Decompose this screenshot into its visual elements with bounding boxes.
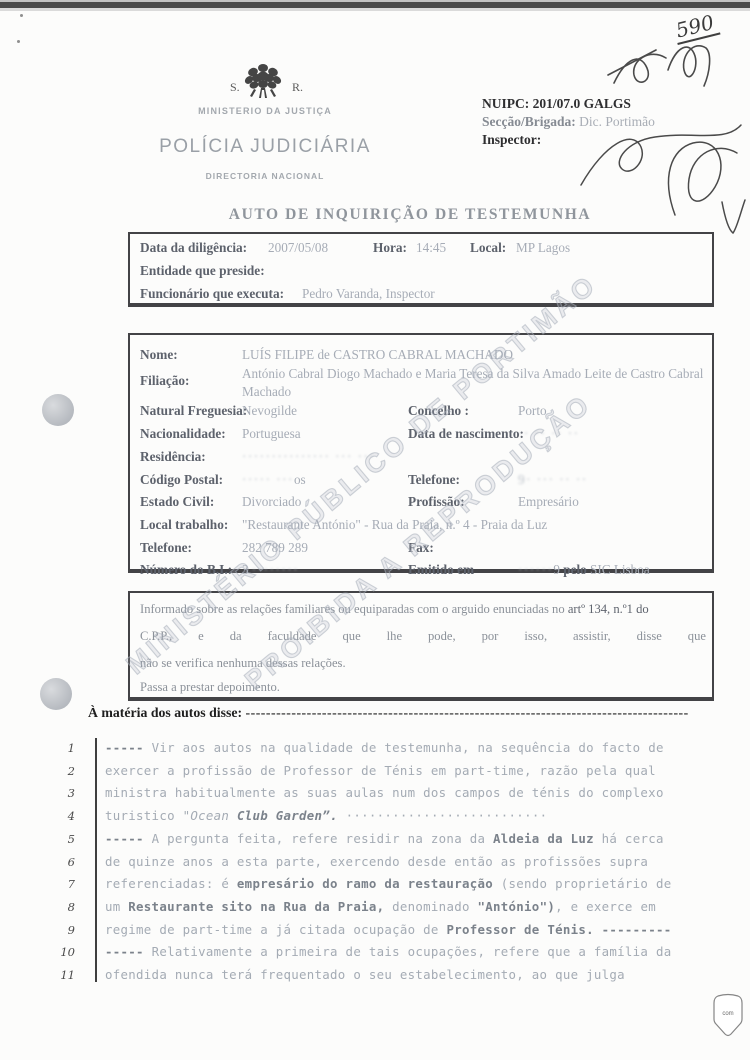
field-value: Porto (518, 403, 547, 419)
text-segment: Aldeia da Luz (493, 831, 594, 846)
deposition-line: regime de part-time a já citada ocupação… (105, 922, 705, 937)
advisory-line: Informado sobre as relações familiares o… (140, 602, 706, 617)
field-label: Natural Freguesia: (140, 403, 247, 419)
data-diligencia-label: Data da diligência: (140, 240, 247, 256)
nuipc-label: NUIPC: (482, 96, 529, 111)
margin-rule (95, 738, 97, 982)
text-segment: , e exerce em (555, 899, 656, 914)
text-segment: (sendo proprietário de (493, 876, 671, 891)
data-diligencia-value: 2007/05/08 (268, 240, 328, 256)
line-number: 2 (60, 764, 75, 778)
seccao-line: Secção/Brigada: Dic. Portimão (482, 113, 655, 131)
line-number: 5 (60, 832, 75, 846)
field-value: "Restaurante António" - Rua da Praia, n.… (242, 517, 710, 533)
text-segment: 9 (553, 562, 563, 577)
redacted-value: 9· ··· ·· ·· (518, 472, 588, 487)
deposition-line: um Restaurante sito na Rua da Praia, den… (105, 899, 705, 914)
field-value: 282 789 289 (242, 540, 710, 556)
nuipc-line: NUIPC: 201/07.0 GALGS (482, 95, 655, 113)
hora-value: 14:45 (416, 240, 446, 256)
advisory-line: não se verifica nenhuma dessas relações. (140, 656, 706, 671)
field-value: ······9 pelo SIC Lisboa (518, 562, 650, 578)
document-title: AUTO DE INQUIRIÇÃO DE TESTEMUNHA (130, 206, 690, 224)
advisory-box: Informado sobre as relações familiares o… (128, 591, 714, 701)
letterhead-r: R. (292, 80, 303, 95)
entidade-label: Entidade que preside: (140, 263, 265, 279)
text-segment: "Ocean (183, 808, 237, 823)
field-value: ·· ·· ·· ·· (518, 426, 580, 442)
case-reference-block: NUIPC: 201/07.0 GALGS Secção/Brigada: Di… (482, 95, 655, 149)
field-label: Nacionalidade: (140, 426, 226, 442)
line-number: 7 (60, 877, 75, 891)
line-number: 11 (60, 968, 75, 982)
text-segment: Club Garden”. (237, 808, 338, 823)
field-label: Local trabalho: (140, 517, 228, 533)
redacted-value: ········ (252, 562, 299, 577)
text-segment: artº 134, n.º1 do (568, 602, 649, 616)
text-segment: referenciadas: é (105, 876, 237, 891)
deposition-block: 1----- Vir aos autos na qualidade de tes… (60, 735, 705, 990)
local-label: Local: (470, 240, 506, 256)
field-value: Divorciado (242, 494, 710, 510)
redacted-value: ······ (518, 562, 553, 577)
seccao-value: Dic. Portimão (579, 114, 655, 129)
text-segment: empresário do ramo da restauração (237, 876, 493, 891)
text-segment: --------- (594, 922, 672, 937)
text-segment: ----- (105, 831, 152, 846)
field-label: Telefone: (408, 472, 460, 488)
text-segment: "António") (477, 899, 555, 914)
field-value: ····· ···os (242, 472, 710, 488)
text-segment: Portuguesa (242, 426, 301, 441)
diligencia-box: Data da diligência: 2007/05/08 Hora: 14:… (128, 232, 714, 307)
hole-punch (42, 394, 74, 426)
line-number: 6 (60, 855, 75, 869)
deposition-line: ofendida nunca terá frequentado o seu es… (105, 967, 705, 982)
witness-identification-box: Nome:LUÍS FILIPE de CASTRO CABRAL MACHAD… (128, 333, 714, 573)
text-segment: Porto (518, 403, 547, 418)
text-segment: Empresário (518, 494, 579, 509)
field-value: Empresário (518, 494, 579, 510)
field-value: Nevogilde (242, 403, 710, 419)
deposition-line: de quinze anos a esta parte, exercendo d… (105, 854, 705, 869)
field-label: Fax: (408, 540, 434, 556)
field-label: Residência: (140, 449, 206, 465)
advisory-line: C.P.P., e da faculdade que lhe pode, por… (140, 629, 706, 644)
field-label: Filiação: (140, 373, 189, 389)
line-number: 4 (60, 809, 75, 823)
text-segment: Relativamente a primeira de tais ocupaçõ… (152, 944, 672, 959)
text-segment: Professor de Ténis. (446, 922, 593, 937)
materia-dash-rule: ----------------------------------------… (246, 705, 688, 720)
materia-heading: À matéria dos autos disse: (88, 705, 246, 720)
scan-speck (20, 14, 23, 17)
deposition-line: ----- Vir aos autos na qualidade de test… (105, 740, 705, 755)
ministry-name: MINISTERIO DA JUSTIÇA (170, 106, 360, 116)
line-number: 1 (60, 741, 75, 755)
inspector-line: Inspector: (482, 131, 655, 149)
text-segment: Nevogilde (242, 403, 297, 418)
field-label: Emitido em (408, 562, 474, 578)
text-segment: Divorciado (242, 494, 301, 509)
inspector-label: Inspector: (482, 132, 541, 147)
text-segment: regime de part-time a já citada ocupação… (105, 922, 446, 937)
text-segment: de quinze anos a esta parte, exercendo d… (105, 854, 648, 869)
handwritten-check-mark (716, 196, 750, 240)
text-segment: Vir aos autos na qualidade de testemunha… (152, 740, 664, 755)
line-number: 9 (60, 923, 75, 937)
field-label: Profissão: (408, 494, 465, 510)
text-segment: exercer a profissão de Professor de Téni… (105, 763, 656, 778)
text-segment: um (105, 899, 128, 914)
text-segment: Restaurante sito na Rua da Praia, (128, 899, 384, 914)
text-segment: António Cabral Diogo Machado e Maria Ter… (242, 366, 703, 399)
scanned-document-page: 590 S. R. (0, 0, 750, 1060)
text-segment: "Restaurante António" - Rua da Praia, n.… (242, 517, 547, 532)
field-label: Código Postal: (140, 472, 223, 488)
text-segment: 3 (242, 562, 252, 577)
field-value: LUÍS FILIPE de CASTRO CABRAL MACHADO (242, 347, 710, 363)
deposition-line: ministra habitualmente as suas aulas num… (105, 785, 705, 800)
corner-stamp-badge: com (710, 992, 746, 1040)
field-label: Nome: (140, 347, 178, 363)
materia-heading-line: À matéria dos autos disse: -------------… (88, 705, 688, 725)
organization-name: POLÍCIA JUDICIÁRIA (150, 136, 380, 158)
scan-speck (17, 40, 20, 43)
field-value: 9· ··· ·· ·· (518, 472, 588, 488)
text-segment: ----- (105, 944, 152, 959)
nuipc-value: 201/07.0 GALGS (533, 96, 631, 111)
hora-label: Hora: (373, 240, 407, 256)
line-number: 8 (60, 900, 75, 914)
stamp-badge-text: com (722, 1011, 733, 1017)
hole-punch (40, 678, 72, 710)
redacted-value: ····· ··· (242, 472, 294, 487)
funcionario-label: Funcionário que executa: (140, 286, 284, 302)
field-value: ··············· ··· ··· (242, 449, 710, 465)
redacted-value: ··············· ··· ··· (242, 449, 375, 464)
deposition-line: referenciadas: é empresário do ramo da r… (105, 876, 705, 891)
text-segment: SIC Lisboa (590, 562, 650, 577)
coat-of-arms-emblem (240, 56, 286, 102)
deposition-line: ----- A pergunta feita, refere residir n… (105, 831, 705, 846)
advisory-line: Passa a prestar depoimento. (140, 680, 706, 695)
deposition-line: exercer a profissão de Professor de Téni… (105, 763, 705, 778)
text-segment: LUÍS FILIPE de CASTRO CABRAL MACHADO (242, 347, 513, 362)
organization-subtitle: DIRECTORIA NACIONAL (170, 171, 360, 181)
text-segment: há cerca (594, 831, 664, 846)
text-segment: ofendida nunca terá frequentado o seu es… (105, 967, 625, 982)
text-segment: turistico (105, 808, 183, 823)
field-value: António Cabral Diogo Machado e Maria Ter… (242, 365, 710, 401)
deposition-line: ----- Relativamente a primeira de tais o… (105, 944, 705, 959)
seccao-label: Secção/Brigada: (482, 114, 576, 129)
local-value: MP Lagos (516, 240, 570, 256)
text-segment: 282 789 289 (242, 540, 308, 555)
field-label: Concelho : (408, 403, 469, 419)
text-segment: ·························· (338, 808, 548, 823)
text-segment: pelo (563, 562, 590, 577)
field-label: Telefone: (140, 540, 192, 556)
text-segment: A pergunta feita, refere residir na zona… (152, 831, 493, 846)
handwritten-signature-top (600, 28, 750, 103)
funcionario-value: Pedro Varanda, Inspector (302, 286, 435, 302)
field-label: Número do B.I.: (140, 562, 232, 578)
text-segment: ministra habitualmente as suas aulas num… (105, 785, 664, 800)
deposition-line: turistico "Ocean Club Garden”. ·········… (105, 808, 705, 823)
text-segment: ----- (105, 740, 152, 755)
line-number: 3 (60, 786, 75, 800)
text-segment: C.P.P., e da faculdade que lhe pode, por… (140, 629, 706, 643)
text-segment: não se verifica nenhuma dessas relações. (140, 656, 346, 670)
field-label: Data de nascimento: (408, 426, 524, 442)
text-segment: os (294, 472, 306, 487)
letterhead-s: S. (230, 80, 240, 95)
line-number: 10 (60, 945, 75, 959)
text-segment: Informado sobre as relações familiares o… (140, 602, 568, 616)
text-segment: Passa a prestar depoimento. (140, 680, 280, 694)
field-label: Estado Civil: (140, 494, 214, 510)
redacted-value: ·· ·· ·· ·· (518, 426, 580, 441)
text-segment: denominado (384, 899, 477, 914)
scan-edge-bar (0, 0, 750, 12)
